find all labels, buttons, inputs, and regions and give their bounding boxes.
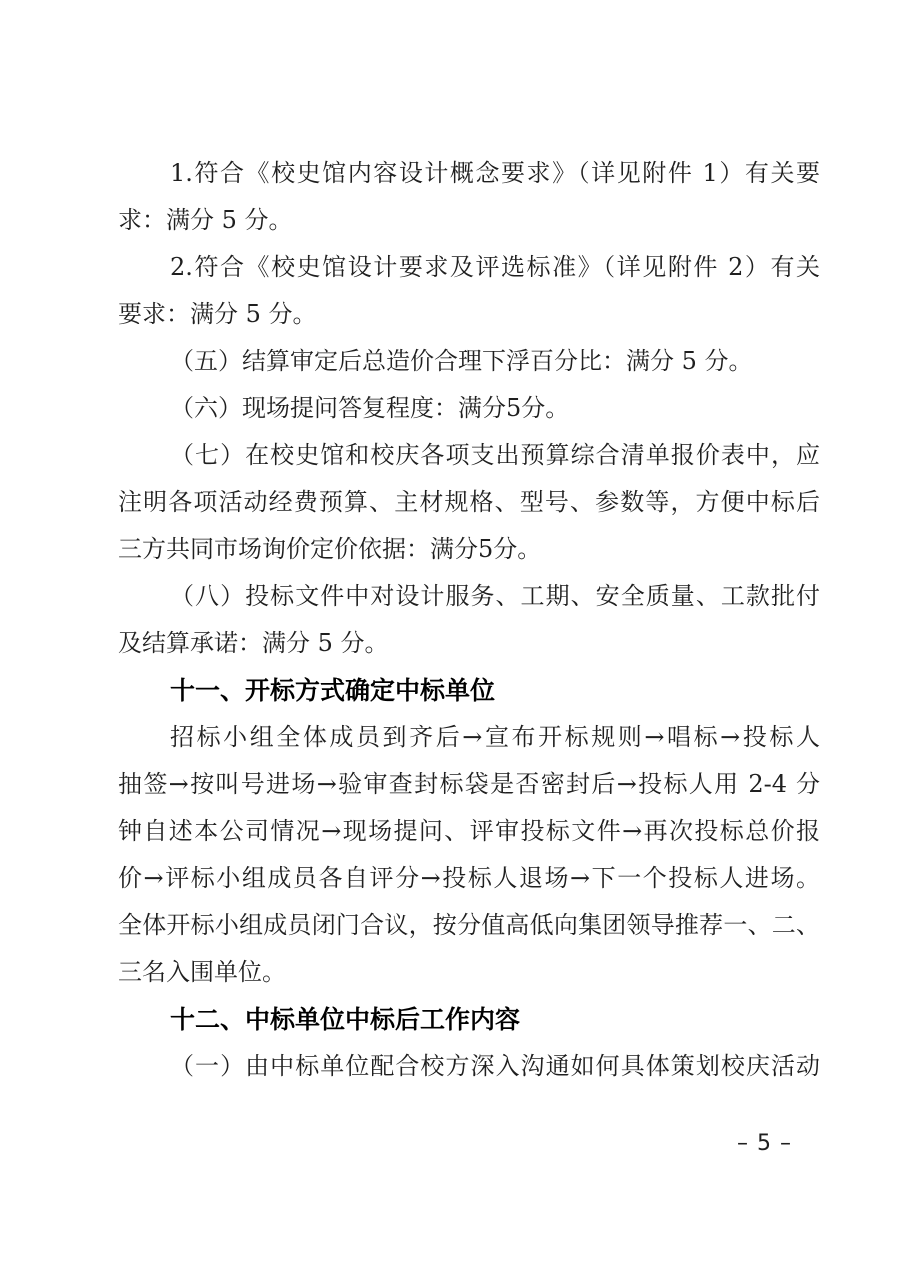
text-line: 1.符合《校史馆内容设计概念要求》（详见附件 1）有关要 [118, 150, 820, 197]
text-line: （一）由中标单位配合校方深入沟通如何具体策划校庆活动 [118, 1043, 820, 1090]
text-line: 三方共同市场询价定价依据：满分5分。 [118, 526, 820, 573]
text-line: 钟自述本公司情况→现场提问、评审投标文件→再次投标总价报 [118, 808, 820, 855]
text-line: （七）在校史馆和校庆各项支出预算综合清单报价表中，应 [118, 432, 820, 479]
document-page: 1.符合《校史馆内容设计概念要求》（详见附件 1）有关要求：满分 5 分。2.符… [0, 0, 904, 1280]
text-line: （八）投标文件中对设计服务、工期、安全质量、工款批付 [118, 573, 820, 620]
text-line: 价→评标小组成员各自评分→投标人退场→下一个投标人进场。 [118, 855, 820, 902]
text-line: 全体开标小组成员闭门合议，按分值高低向集团领导推荐一、二、 [118, 902, 820, 949]
text-line: 求：满分 5 分。 [118, 197, 820, 244]
text-line: 要求：满分 5 分。 [118, 291, 820, 338]
page-number: – 5 – [737, 1128, 792, 1160]
text-line: 及结算承诺：满分 5 分。 [118, 620, 820, 667]
text-line: 2.符合《校史馆设计要求及评选标准》（详见附件 2）有关 [118, 244, 820, 291]
text-line: 抽签→按叫号进场→验审查封标袋是否密封后→投标人用 2-4 分 [118, 761, 820, 808]
document-body: 1.符合《校史馆内容设计概念要求》（详见附件 1）有关要求：满分 5 分。2.符… [118, 150, 820, 1090]
text-line: 招标小组全体成员到齐后→宣布开标规则→唱标→投标人 [118, 714, 820, 761]
text-line: 三名入围单位。 [118, 949, 820, 996]
text-line: （五）结算审定后总造价合理下浮百分比：满分 5 分。 [118, 338, 820, 385]
text-line: 注明各项活动经费预算、主材规格、型号、参数等，方便中标后 [118, 479, 820, 526]
section-heading: 十一、开标方式确定中标单位 [118, 667, 820, 714]
section-heading: 十二、中标单位中标后工作内容 [118, 996, 820, 1043]
text-line: （六）现场提问答复程度：满分5分。 [118, 385, 820, 432]
